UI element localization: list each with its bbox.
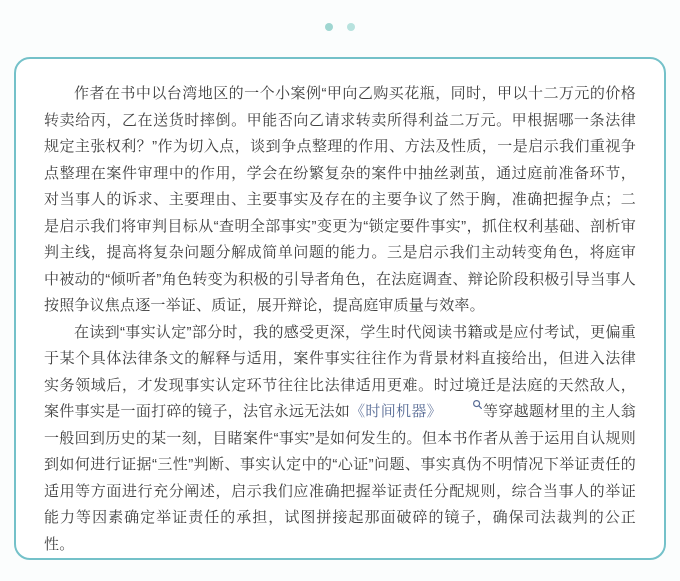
paragraph-text-post: 等穿越题材里的主人翁一般回到历史的某一刻，目睹案件“事实”是如何发生的。但本书作… — [44, 403, 636, 553]
article-page: 作者在书中以台湾地区的一个小案例“甲向乙购买花瓶，同时，甲以十二万元的价格转卖给… — [0, 0, 680, 581]
search-icon[interactable] — [442, 399, 483, 410]
paragraph-case-study: 作者在书中以台湾地区的一个小案例“甲向乙购买花瓶，同时，甲以十二万元的价格转卖给… — [44, 81, 636, 320]
paragraph-fact-finding: 在读到“事实认定”部分时，我的感受更深，学生时代阅读书籍或是应付考试，更偏重于某… — [44, 320, 636, 559]
book-title-link[interactable]: 《时间机器》 — [350, 403, 442, 420]
article-card: 作者在书中以台湾地区的一个小案例“甲向乙购买花瓶，同时，甲以十二万元的价格转卖给… — [14, 57, 666, 560]
decorative-dots — [325, 23, 355, 31]
dot-icon — [325, 23, 333, 31]
dot-icon — [347, 23, 355, 31]
